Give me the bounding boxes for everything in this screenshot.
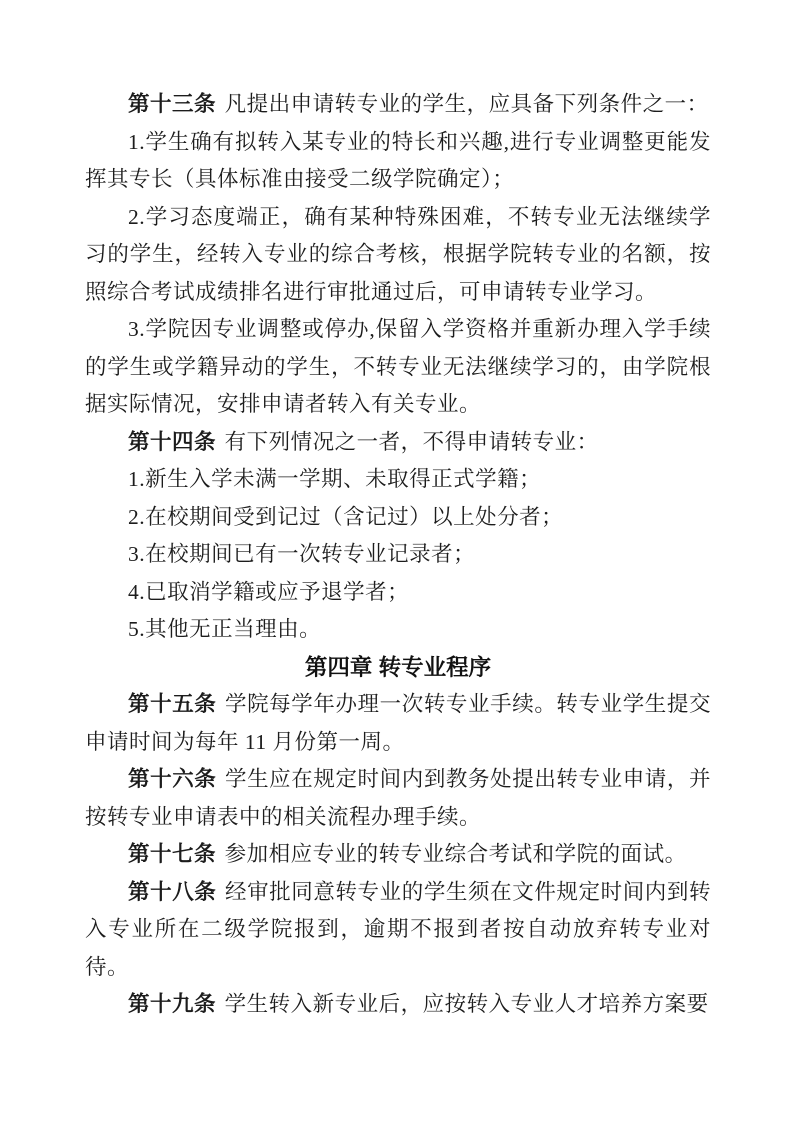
article-14-text: 有下列情况之一者，不得申请转专业：	[225, 430, 599, 454]
article-13-item-1: 1.学生确有拟转入某专业的特长和兴趣,进行专业调整更能发挥其专长（具体标准由接受…	[85, 124, 711, 199]
document-page: 第十三条凡提出申请转专业的学生，应具备下列条件之一： 1.学生确有拟转入某专业的…	[0, 0, 794, 1122]
article-15: 第十五条学院每学年办理一次转专业手续。转专业学生提交申请时间为每年 11 月份第…	[85, 686, 711, 761]
article-14-number: 第十四条	[128, 430, 216, 454]
article-13: 第十三条凡提出申请转专业的学生，应具备下列条件之一：	[85, 86, 711, 124]
article-17-number: 第十七条	[128, 842, 216, 866]
article-19-number: 第十九条	[128, 992, 216, 1016]
article-17: 第十七条参加相应专业的转专业综合考试和学院的面试。	[85, 836, 711, 874]
article-14-item-4: 4.已取消学籍或应予退学者；	[85, 574, 711, 612]
article-13-number: 第十三条	[128, 92, 216, 116]
article-18-number: 第十八条	[128, 880, 216, 904]
article-16: 第十六条学生应在规定时间内到教务处提出转专业申请，并按转专业申请表中的相关流程办…	[85, 761, 711, 836]
article-14-item-1: 1.新生入学未满一学期、未取得正式学籍；	[85, 461, 711, 499]
item-text: 1.学生确有拟转入某专业的特长和兴趣,进行专业调整更能发挥其专长（具体标准由接受…	[85, 130, 711, 192]
article-18: 第十八条经审批同意转专业的学生须在文件规定时间内到转入专业所在二级学院报到，逾期…	[85, 874, 711, 987]
article-13-text: 凡提出申请转专业的学生，应具备下列条件之一：	[225, 92, 709, 116]
item-text: 2.在校期间受到记过（含记过）以上处分者；	[128, 505, 563, 529]
article-14-item-2: 2.在校期间受到记过（含记过）以上处分者；	[85, 499, 711, 537]
article-14-item-3: 3.在校期间已有一次转专业记录者；	[85, 536, 711, 574]
article-13-item-3: 3.学院因专业调整或停办,保留入学资格并重新办理入学手续的学生或学籍异动的学生，…	[85, 311, 711, 424]
article-14: 第十四条有下列情况之一者，不得申请转专业：	[85, 424, 711, 462]
article-14-item-5: 5.其他无正当理由。	[85, 611, 711, 649]
article-19: 第十九条学生转入新专业后，应按转入专业人才培养方案要	[85, 986, 711, 1024]
item-text: 4.已取消学籍或应予退学者；	[128, 580, 409, 604]
item-text: 3.学院因专业调整或停办,保留入学资格并重新办理入学手续的学生或学籍异动的学生，…	[85, 317, 711, 416]
chapter-heading: 第四章 转专业程序	[85, 649, 711, 687]
article-16-number: 第十六条	[128, 767, 216, 791]
item-text: 5.其他无正当理由。	[128, 617, 321, 641]
item-text: 1.新生入学未满一学期、未取得正式学籍；	[128, 467, 541, 491]
article-19-text: 学生转入新专业后，应按转入专业人才培养方案要	[225, 992, 709, 1016]
article-15-number: 第十五条	[128, 692, 216, 716]
document-content: 第十三条凡提出申请转专业的学生，应具备下列条件之一： 1.学生确有拟转入某专业的…	[85, 86, 711, 1024]
item-text: 2.学习态度端正，确有某种特殊困难，不转专业无法继续学习的学生，经转入专业的综合…	[85, 205, 711, 304]
article-13-item-2: 2.学习态度端正，确有某种特殊困难，不转专业无法继续学习的学生，经转入专业的综合…	[85, 199, 711, 312]
article-17-text: 参加相应专业的转专业综合考试和学院的面试。	[225, 842, 687, 866]
item-text: 3.在校期间已有一次转专业记录者；	[128, 542, 475, 566]
